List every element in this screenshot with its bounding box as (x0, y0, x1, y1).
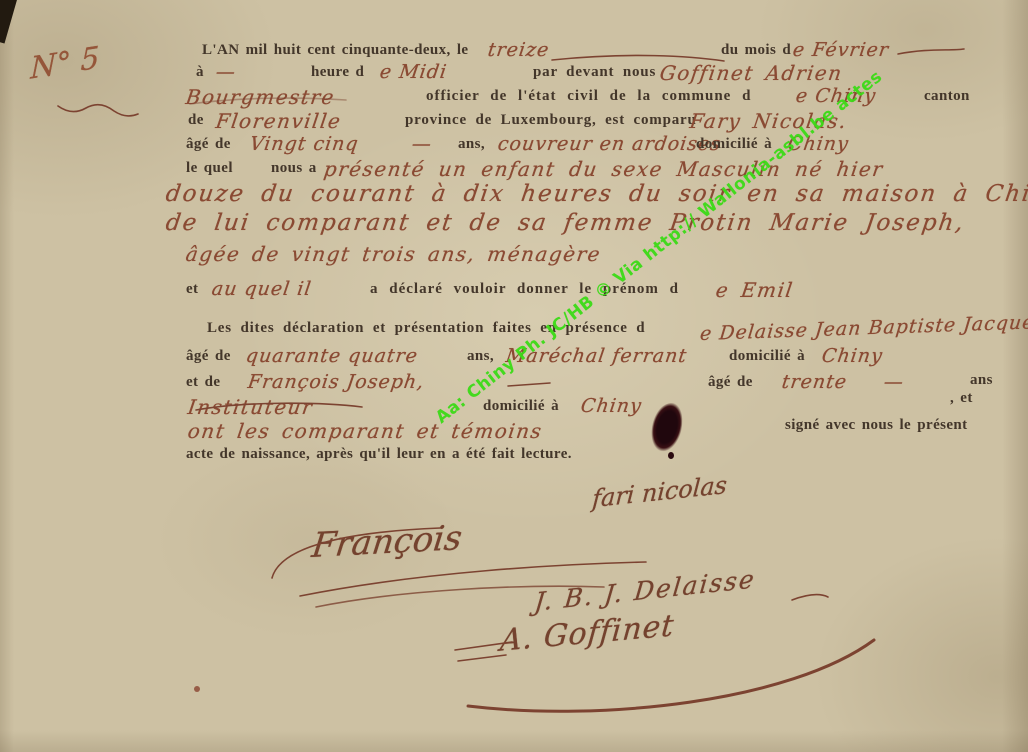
signature-goffinet: A. Goffinet (499, 608, 676, 659)
handwritten-text: quarante quatre (244, 345, 419, 367)
document-line: de lui comparant et de sa femme Protin M… (0, 215, 1028, 243)
handwritten-text: e Midi (378, 61, 448, 83)
printed-text: , et (950, 390, 973, 407)
handwritten-text: trente (780, 371, 848, 393)
handwritten-text: âgée de vingt trois ans, ménagère (184, 242, 602, 266)
printed-text: canton (924, 88, 970, 105)
printed-text: âgé de (186, 348, 231, 365)
printed-text: signé avec nous le présent (785, 417, 968, 434)
printed-text: ans, (458, 136, 485, 153)
handwritten-text: Vingt cinq (248, 133, 360, 155)
handwritten-text: présenté un enfant du sexe Masculin né h… (322, 157, 885, 181)
handwritten-text: douze du courant à dix heures du soir en… (164, 181, 1028, 207)
handwritten-text: e Emil (714, 278, 795, 302)
handwritten-text: Chiny (579, 395, 643, 417)
printed-text: domicilié à (696, 136, 772, 153)
handwritten-text: Goffinet Adrien (658, 61, 844, 85)
document-line: et au quel il a déclaré vouloir donner l… (0, 281, 1028, 309)
printed-text: nous a (271, 160, 317, 177)
printed-text: et (186, 281, 198, 298)
handwritten-text: e Delaisse Jean Baptiste Jacques (699, 311, 1028, 345)
handwritten-text: Florenville (214, 109, 343, 133)
printed-text: heure d (311, 64, 364, 81)
handwritten-text: couvreur en ardoises (496, 133, 722, 155)
printed-text: de (188, 112, 204, 129)
handwritten-text: Instituteur (186, 395, 315, 419)
handwritten-text: Chiny (820, 345, 884, 367)
handwritten-text: ont les comparant et témoins (186, 419, 544, 443)
printed-text: et de (186, 374, 220, 391)
scan-edge-artifact (0, 0, 19, 43)
signature-francois: François (310, 518, 465, 566)
printed-text: du mois d (721, 42, 791, 59)
handwritten-text: e Février (791, 39, 890, 61)
printed-text: à (196, 64, 204, 81)
printed-text: domicilié à (483, 398, 559, 415)
printed-text: officier de l'état civil de la commune d (426, 88, 751, 105)
handwritten-text: — (214, 61, 237, 83)
printed-text: L'AN mil huit cent cinquante-deux, le (202, 42, 468, 59)
printed-text: province de Luxembourg, est comparu (405, 112, 697, 129)
signature-fary-nicolas: fari nicolas (591, 471, 728, 514)
printed-text: acte de naissance, après qu'il leur en a… (186, 446, 572, 463)
printed-text: a déclaré vouloir donner le prénom d (370, 281, 679, 298)
handwritten-text: Bourgmestre (184, 85, 336, 109)
document-line: Les dites déclaration et présentation fa… (0, 320, 1028, 348)
handwritten-text: treize (486, 39, 550, 61)
printed-text: domicilié à (729, 348, 805, 365)
signature-delaisse: J. B. J. Delaisse (533, 564, 757, 617)
printed-text: par devant nous (533, 64, 656, 81)
document-page: N° 5 L'AN mil huit cent cinquante-deux, … (0, 0, 1028, 752)
handwritten-text: — (882, 371, 905, 393)
handwritten-text: — (410, 133, 433, 155)
printed-text: âgé de (708, 374, 753, 391)
printed-text: Les dites déclaration et présentation fa… (207, 320, 645, 337)
printed-text: le quel (186, 160, 233, 177)
printed-text: âgé de (186, 136, 231, 153)
handwritten-text: François Joseph, (246, 371, 425, 393)
document-line: acte de naissance, après qu'il leur en a… (0, 446, 1028, 474)
printed-text: ans, (467, 348, 494, 365)
ink-drip (668, 452, 674, 459)
handwritten-text: au quel il (210, 278, 313, 300)
document-line: âgée de vingt trois ans, ménagère (0, 245, 1028, 273)
delaisse-tail (792, 595, 828, 600)
printed-text: ans (970, 372, 993, 389)
paper-speck (194, 686, 200, 692)
handwritten-text: de lui comparant et de sa femme Protin M… (164, 210, 966, 236)
